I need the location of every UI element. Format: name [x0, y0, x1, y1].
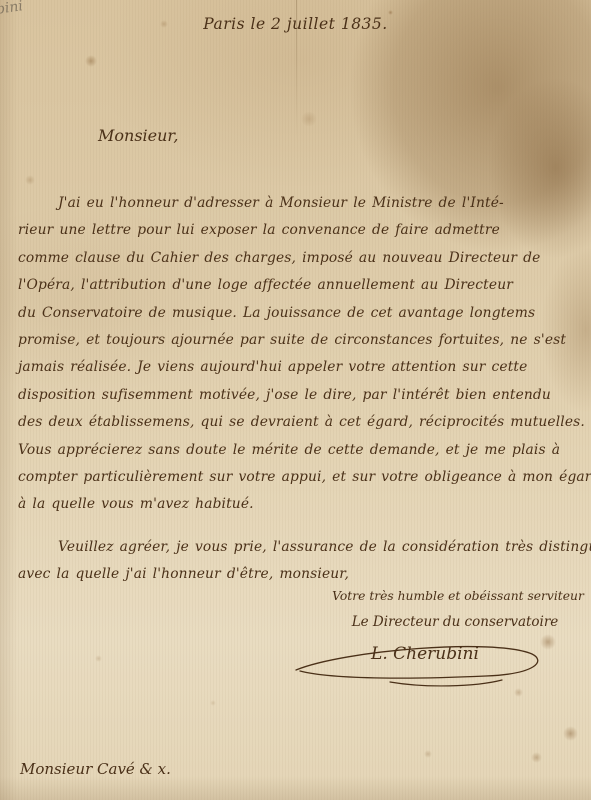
foxing-spot — [531, 752, 542, 763]
body-line: jamais réalisée. Je viens aujourd'hui ap… — [18, 354, 584, 381]
closing-line: avec la quelle j'ai l'honneur d'être, mo… — [18, 561, 584, 588]
foxing-spot — [563, 726, 578, 741]
signature-name: L. Cherubini — [290, 644, 560, 664]
letter-body: J'ai eu l'honneur d'adresser à Monsieur … — [18, 190, 584, 519]
letter-scan: bini Paris le 2 juillet 1835. Monsieur, … — [0, 0, 591, 800]
body-line: des deux établissemens, qui se devraient… — [18, 409, 584, 436]
foxing-spot — [300, 112, 318, 126]
signature-title: Le Directeur du conservatoire — [330, 614, 580, 630]
body-line: rieur une lettre pour lui exposer la con… — [18, 217, 584, 244]
body-line: J'ai eu l'honneur d'adresser à Monsieur … — [18, 190, 584, 217]
closing-paragraph: Veuillez agréer, je vous prie, l'assuran… — [18, 534, 584, 589]
body-line: promise, et toujours ajournée par suite … — [18, 327, 584, 354]
body-line: Vous apprécierez sans doute le mérite de… — [18, 437, 584, 464]
foxing-spot — [210, 700, 216, 706]
body-line: comme clause du Cahier des charges, impo… — [18, 245, 584, 272]
closing-line: Veuillez agréer, je vous prie, l'assuran… — [18, 534, 584, 561]
foxing-spot — [95, 655, 102, 662]
signature-block: L. Cherubini — [290, 630, 560, 692]
foxing-spot — [424, 750, 432, 758]
body-line: disposition sufisemment motivée, j'ose l… — [18, 382, 584, 409]
body-line: l'Opéra, l'attribution d'une loge affect… — [18, 272, 584, 299]
addressee: Monsieur Cavé & x. — [20, 760, 171, 778]
body-line: à la quelle vous m'avez habitué. — [18, 491, 584, 518]
foxing-spot — [85, 55, 97, 67]
valediction: Votre très humble et obéissant serviteur — [330, 589, 586, 603]
foxing-spot — [25, 175, 35, 185]
dateline: Paris le 2 juillet 1835. — [0, 15, 591, 33]
body-line: compter particulièrement sur votre appui… — [18, 464, 584, 491]
salutation: Monsieur, — [98, 126, 178, 145]
body-line: du Conservatoire de musique. La jouissan… — [18, 300, 584, 327]
